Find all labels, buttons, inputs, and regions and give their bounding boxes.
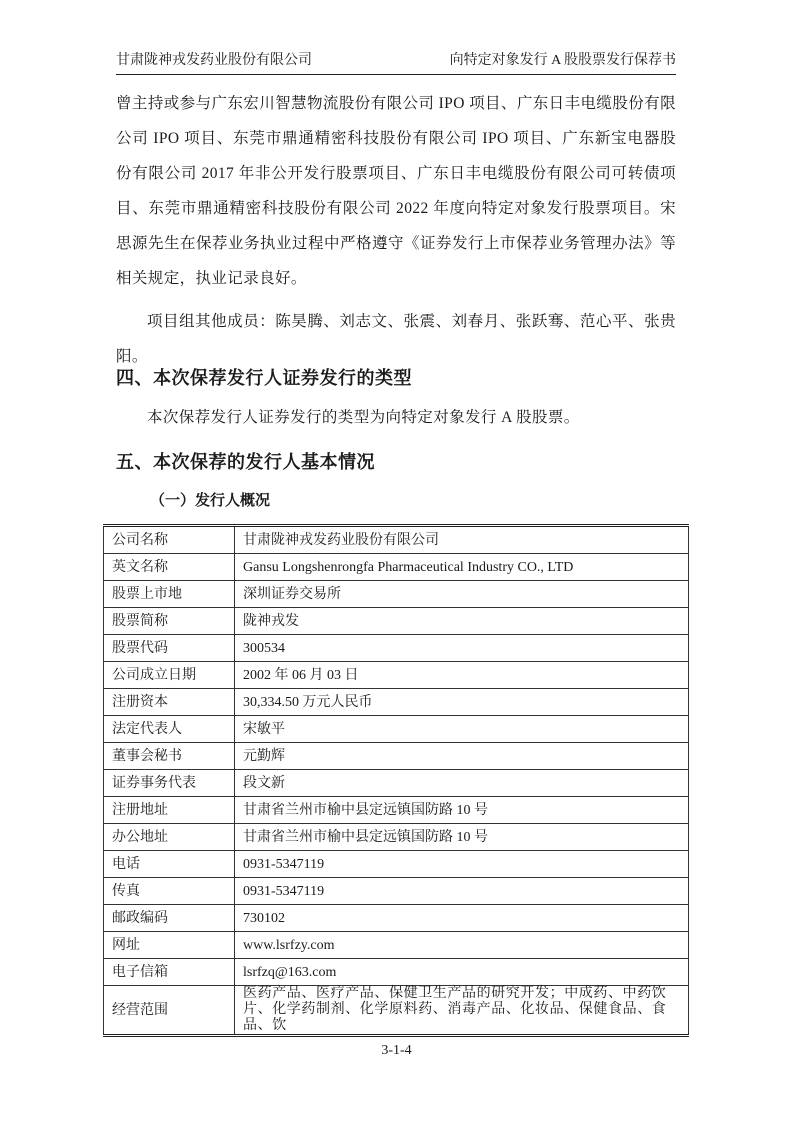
- row-value: 陇神戎发: [235, 608, 689, 635]
- row-value: 300534: [235, 635, 689, 662]
- section-4-text: 本次保荐发行人证券发行的类型为向特定对象发行 A 股股票。: [116, 400, 676, 435]
- row-key: 办公地址: [104, 824, 235, 851]
- row-key: 经营范围: [104, 986, 235, 1036]
- table-row: 证券事务代表段文新: [104, 770, 689, 797]
- row-key: 传真: [104, 878, 235, 905]
- row-value: 宋敏平: [235, 716, 689, 743]
- row-key: 注册地址: [104, 797, 235, 824]
- row-value: 甘肃省兰州市榆中县定远镇国防路 10 号: [235, 797, 689, 824]
- row-value: 0931-5347119: [235, 851, 689, 878]
- table-row: 邮政编码730102: [104, 905, 689, 932]
- row-key: 公司成立日期: [104, 662, 235, 689]
- table-row: 股票上市地深圳证券交易所: [104, 581, 689, 608]
- page-header: 甘肃陇神戎发药业股份有限公司 向特定对象发行 A 股股票发行保荐书: [116, 50, 676, 75]
- row-key: 英文名称: [104, 554, 235, 581]
- row-value: 医药产品、医疗产品、保健卫生产品的研究开发；中成药、中药饮片、化学药制剂、化学原…: [235, 986, 689, 1036]
- table-row: 经营范围医药产品、医疗产品、保健卫生产品的研究开发；中成药、中药饮片、化学药制剂…: [104, 986, 689, 1036]
- row-key: 股票简称: [104, 608, 235, 635]
- row-value: 2002 年 06 月 03 日: [235, 662, 689, 689]
- table-row: 办公地址甘肃省兰州市榆中县定远镇国防路 10 号: [104, 824, 689, 851]
- header-company-name: 甘肃陇神戎发药业股份有限公司: [116, 50, 312, 72]
- table-row: 股票代码300534: [104, 635, 689, 662]
- row-key: 公司名称: [104, 526, 235, 554]
- row-value: 0931-5347119: [235, 878, 689, 905]
- page-number: 3-1-4: [0, 1043, 793, 1059]
- row-key: 股票代码: [104, 635, 235, 662]
- intro-block: 曾主持或参与广东宏川智慧物流股份有限公司 IPO 项目、广东日丰电缆股份有限公司…: [116, 86, 676, 374]
- table-row: 公司成立日期2002 年 06 月 03 日: [104, 662, 689, 689]
- table-row: 公司名称甘肃陇神戎发药业股份有限公司: [104, 526, 689, 554]
- section-4-heading: 四、本次保荐发行人证券发行的类型: [116, 364, 412, 390]
- row-value: 30,334.50 万元人民币: [235, 689, 689, 716]
- row-key: 董事会秘书: [104, 743, 235, 770]
- row-key: 电子信箱: [104, 959, 235, 986]
- section-4-body: 本次保荐发行人证券发行的类型为向特定对象发行 A 股股票。: [116, 400, 676, 435]
- row-key: 网址: [104, 932, 235, 959]
- row-value: 甘肃陇神戎发药业股份有限公司: [235, 526, 689, 554]
- table-row: 注册地址甘肃省兰州市榆中县定远镇国防路 10 号: [104, 797, 689, 824]
- table-row: 网址www.lsrfzy.com: [104, 932, 689, 959]
- header-document-title: 向特定对象发行 A 股股票发行保荐书: [450, 50, 676, 72]
- row-key: 电话: [104, 851, 235, 878]
- row-value: 深圳证券交易所: [235, 581, 689, 608]
- row-value: 甘肃省兰州市榆中县定远镇国防路 10 号: [235, 824, 689, 851]
- table-row: 电话0931-5347119: [104, 851, 689, 878]
- table-row: 注册资本30,334.50 万元人民币: [104, 689, 689, 716]
- row-key: 法定代表人: [104, 716, 235, 743]
- row-value: 段文新: [235, 770, 689, 797]
- row-value: 元勤辉: [235, 743, 689, 770]
- table-row: 董事会秘书元勤辉: [104, 743, 689, 770]
- row-key: 邮政编码: [104, 905, 235, 932]
- row-value: www.lsrfzy.com: [235, 932, 689, 959]
- section-5-heading: 五、本次保荐的发行人基本情况: [116, 448, 375, 474]
- paragraph-sponsor-experience: 曾主持或参与广东宏川智慧物流股份有限公司 IPO 项目、广东日丰电缆股份有限公司…: [116, 86, 676, 296]
- table-row: 英文名称Gansu Longshenrongfa Pharmaceutical …: [104, 554, 689, 581]
- row-key: 证券事务代表: [104, 770, 235, 797]
- section-5-subheading: （一）发行人概况: [150, 489, 270, 510]
- issuer-overview-table: 公司名称甘肃陇神戎发药业股份有限公司 英文名称Gansu Longshenron…: [103, 524, 689, 1037]
- row-key: 注册资本: [104, 689, 235, 716]
- table-row: 传真0931-5347119: [104, 878, 689, 905]
- table-row: 电子信箱lsrfzq@163.com: [104, 959, 689, 986]
- row-value: lsrfzq@163.com: [235, 959, 689, 986]
- table-row: 股票简称陇神戎发: [104, 608, 689, 635]
- row-value: Gansu Longshenrongfa Pharmaceutical Indu…: [235, 554, 689, 581]
- table-row: 法定代表人宋敏平: [104, 716, 689, 743]
- row-key: 股票上市地: [104, 581, 235, 608]
- row-value: 730102: [235, 905, 689, 932]
